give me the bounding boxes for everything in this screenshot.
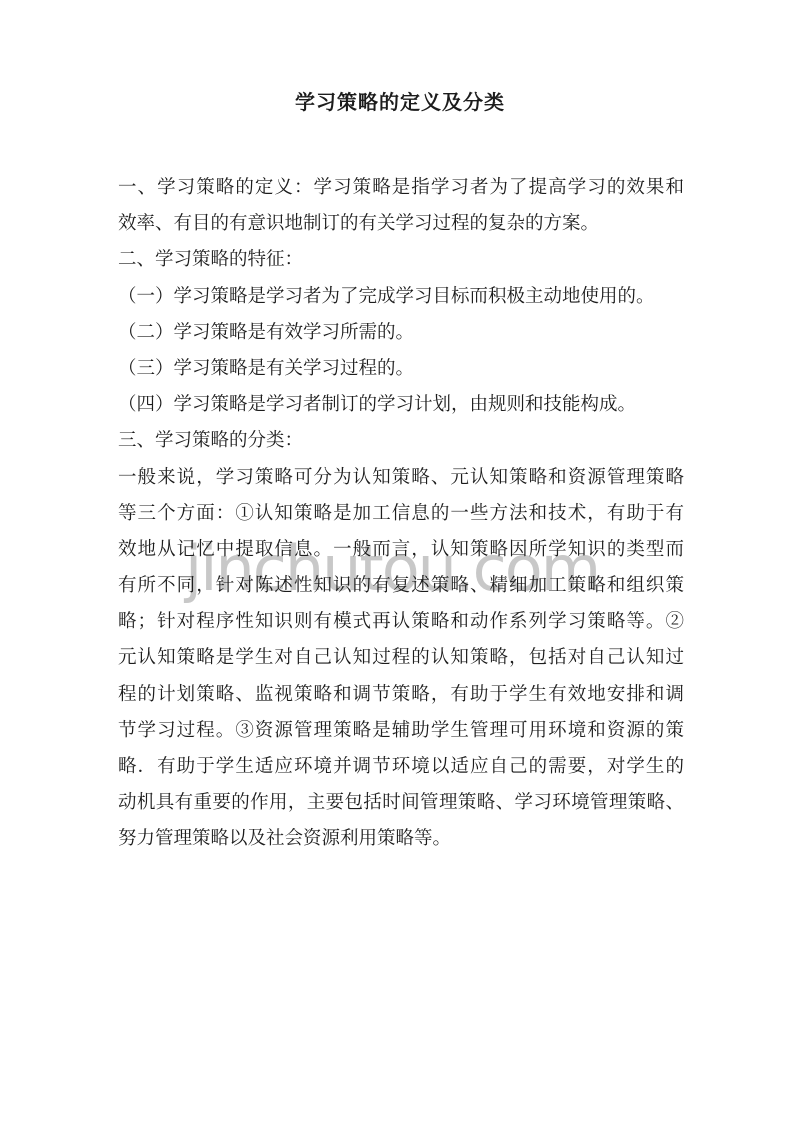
- text-line: 元认知策略是学生对自己认知过程的认知策略，包括对自己认知过: [118, 640, 684, 676]
- text-line: 二、学习策略的特征：: [118, 242, 684, 278]
- text-line: 略；针对程序性知识则有模式再认策略和动作系列学习策略等。②: [118, 604, 684, 640]
- text-line: （二）学习策略是有效学习所需的。: [118, 315, 684, 351]
- text-line: 一、学习策略的定义：学习策略是指学习者为了提高学习的效果和: [118, 170, 684, 206]
- document-page: jinchutou.com 学习策略的定义及分类 一、学习策略的定义：学习策略是…: [0, 0, 800, 1132]
- text-line: 程的计划策略、监视策略和调节策略，有助于学生有效地安排和调: [118, 677, 684, 713]
- text-line: 动机具有重要的作用，主要包括时间管理策略、学习环境管理策略、: [118, 785, 684, 821]
- text-line: （四）学习策略是学习者制订的学习计划，由规则和技能构成。: [118, 387, 684, 423]
- text-line: （一）学习策略是学习者为了完成学习目标而积极主动地使用的。: [118, 279, 684, 315]
- text-line: 有所不同，针对陈述性知识的有复述策略、精细加工策略和组织策: [118, 568, 684, 604]
- text-line: 略．有助于学生适应环境并调节环境以适应自己的需要，对学生的: [118, 749, 684, 785]
- text-line: 三、学习策略的分类：: [118, 423, 684, 459]
- document-body: 一、学习策略的定义：学习策略是指学习者为了提高学习的效果和效率、有目的有意识地制…: [118, 170, 684, 858]
- text-line: 效率、有目的有意识地制订的有关学习过程的复杂的方案。: [118, 206, 684, 242]
- text-line: 一般来说，学习策略可分为认知策略、元认知策略和资源管理策略: [118, 460, 684, 496]
- text-line: 效地从记忆中提取信息。一般而言，认知策略因所学知识的类型而: [118, 532, 684, 568]
- page-title: 学习策略的定义及分类: [0, 0, 800, 118]
- text-line: 等三个方面：①认知策略是加工信息的一些方法和技术，有助于有: [118, 496, 684, 532]
- text-line: 努力管理策略以及社会资源利用策略等。: [118, 821, 684, 857]
- text-line: 节学习过程。③资源管理策略是辅助学生管理可用环境和资源的策: [118, 713, 684, 749]
- text-line: （三）学习策略是有关学习过程的。: [118, 351, 684, 387]
